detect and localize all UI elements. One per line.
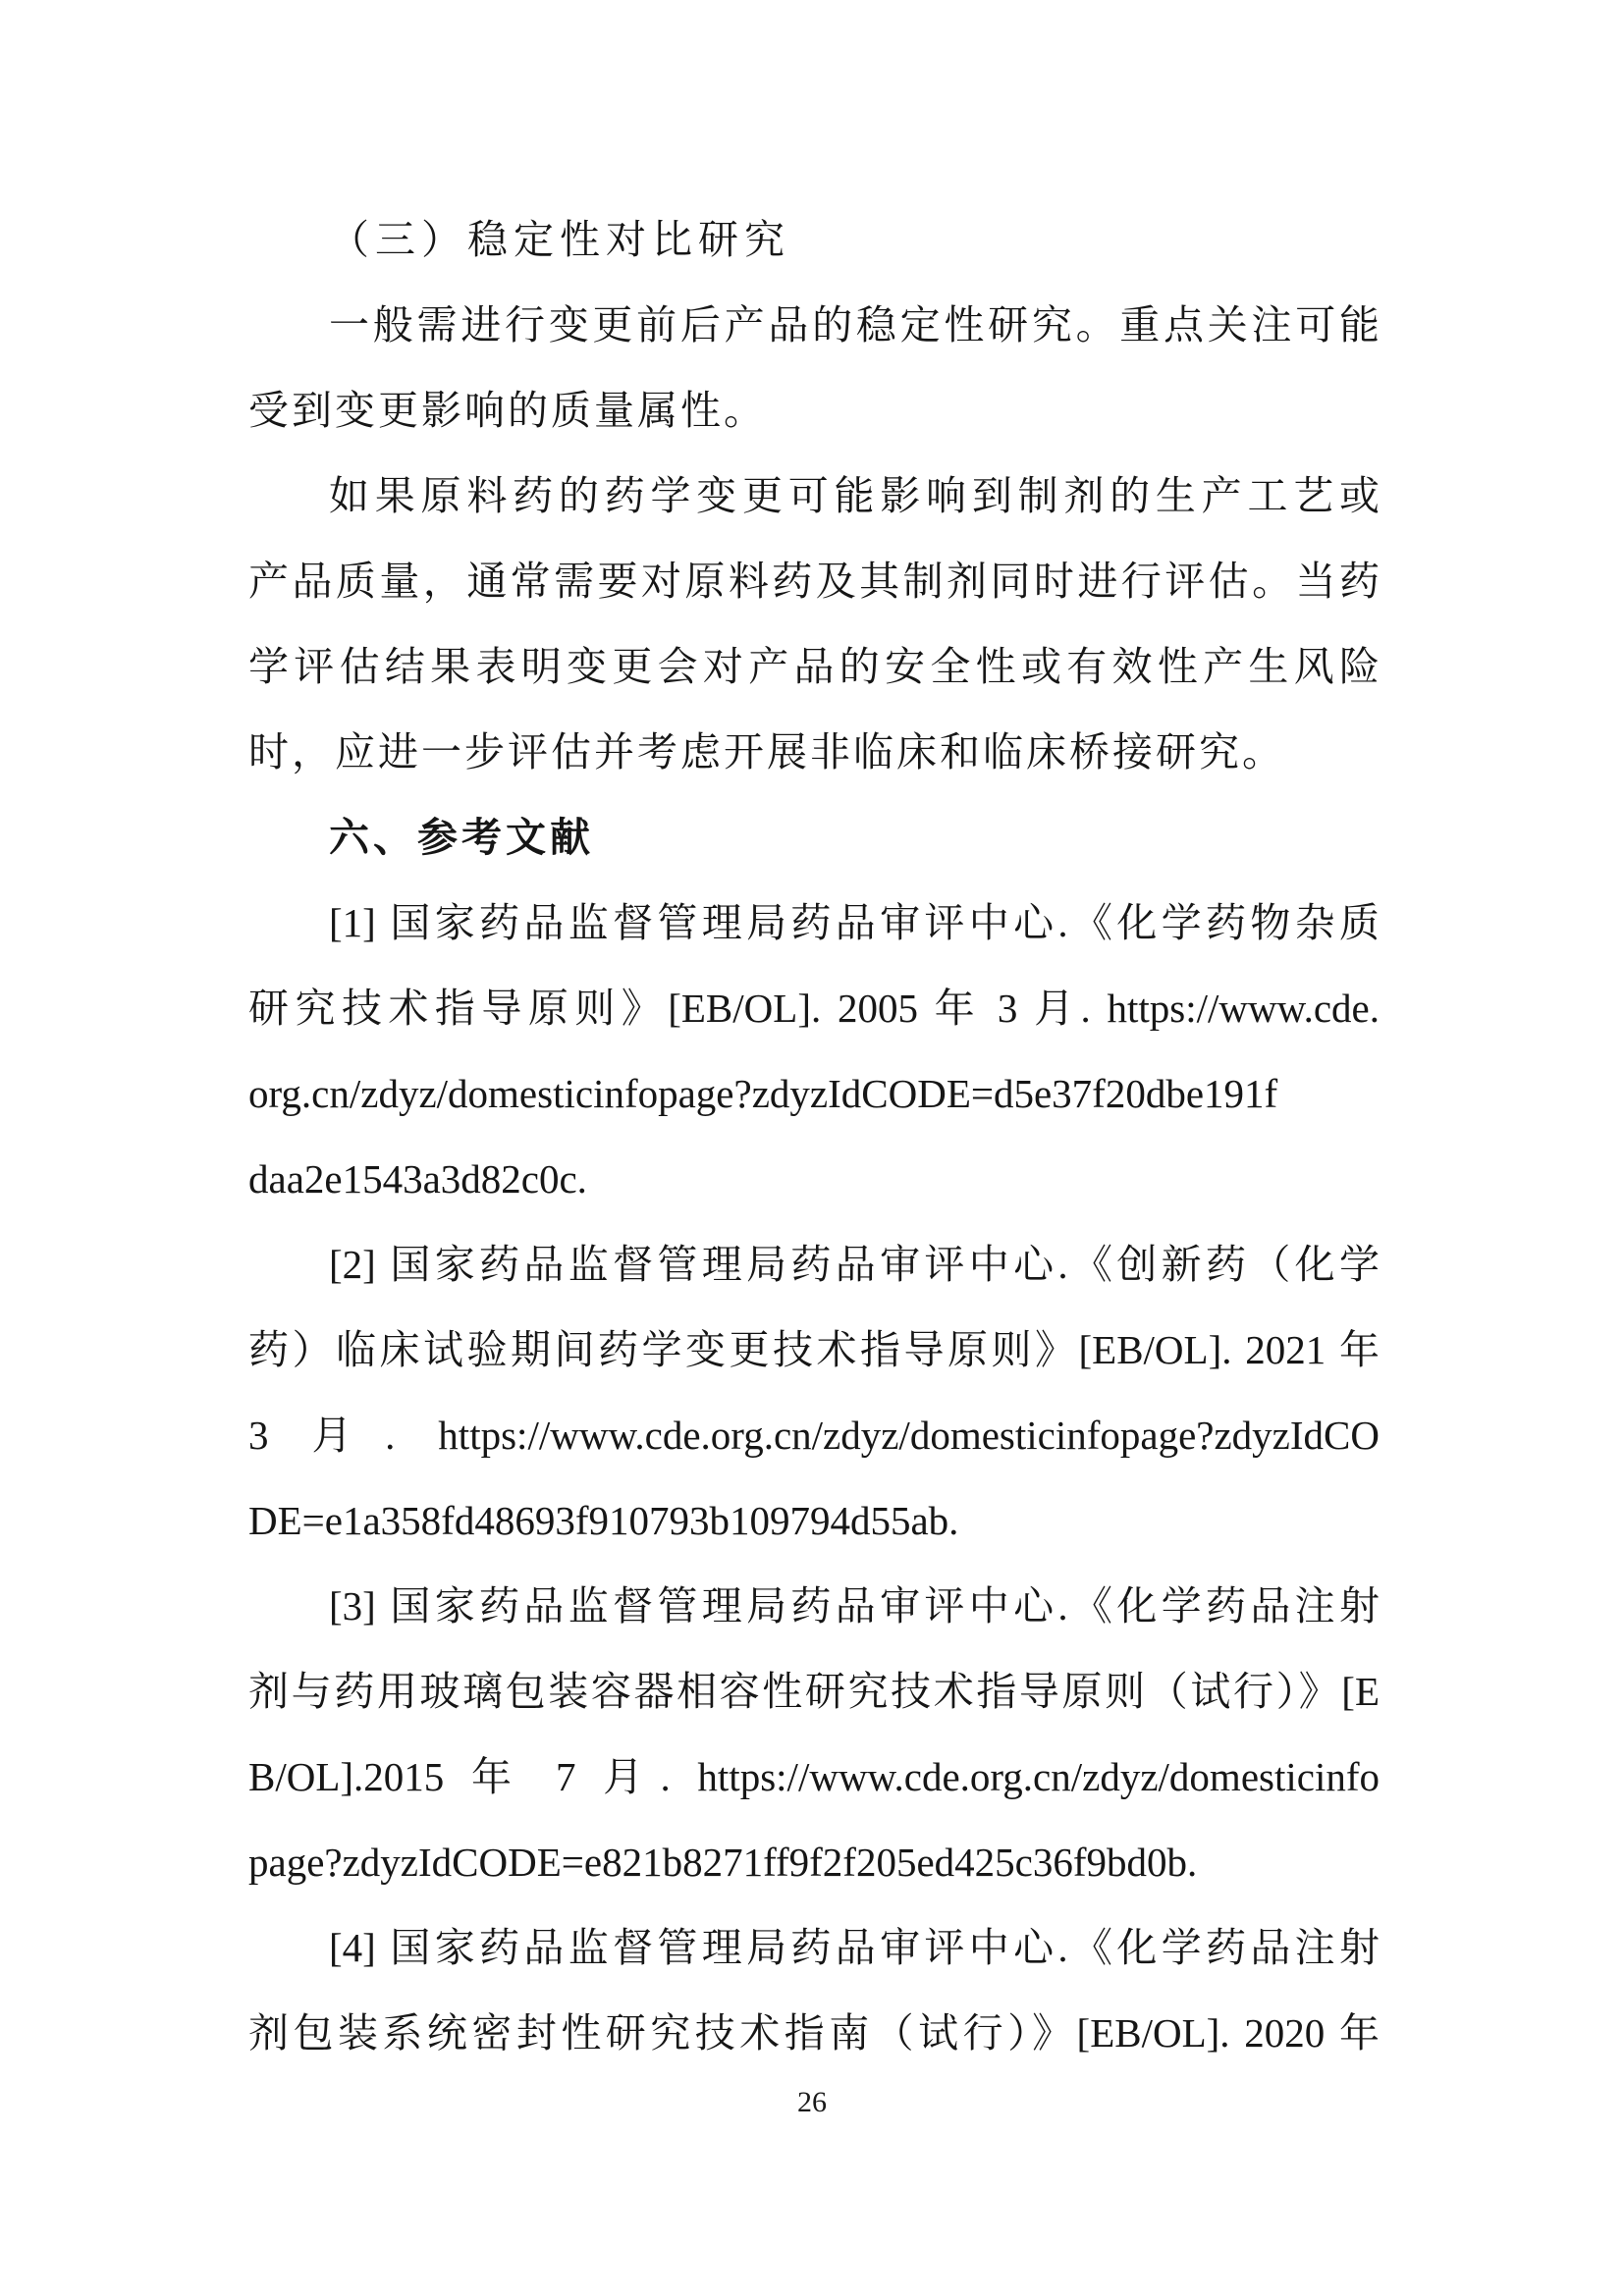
reference-line: [2] 国家药品监督管理局药品审评中心.《创新药（化学 xyxy=(248,1222,1380,1308)
reference-line: 药）临床试验期间药学变更技术指导原则》[EB/OL]. 2021 年 xyxy=(248,1308,1380,1393)
reference-line: page?zdyzIdCODE=e821b8271ff9f2f205ed425c… xyxy=(248,1820,1380,1905)
paragraph-line: 受到变更影响的质量属性。 xyxy=(248,368,1380,454)
paragraph-line: 时，应进一步评估并考虑开展非临床和临床桥接研究。 xyxy=(248,710,1380,795)
reference-line: 剂与药用玻璃包装容器相容性研究技术指导原则（试行）》[E xyxy=(248,1649,1380,1735)
reference-line: [3] 国家药品监督管理局药品审评中心.《化学药品注射 xyxy=(248,1564,1380,1649)
paragraph-line: 一般需进行变更前后产品的稳定性研究。重点关注可能 xyxy=(248,283,1380,368)
paragraph-line: 产品质量，通常需要对原料药及其制剂同时进行评估。当药 xyxy=(248,539,1380,624)
reference-line: 研究技术指导原则》[EB/OL]. 2005 年 3 月. https://ww… xyxy=(248,966,1380,1051)
references-heading: 六、参考文献 xyxy=(248,795,1380,881)
reference-line: daa2e1543a3d82c0c. xyxy=(248,1137,1380,1222)
subsection-heading: （三）稳定性对比研究 xyxy=(248,197,1380,283)
reference-line: 剂包装系统密封性研究技术指南（试行）》[EB/OL]. 2020 年 xyxy=(248,1991,1380,2076)
reference-line: 3 月. https://www.cde.org.cn/zdyz/domesti… xyxy=(248,1393,1380,1478)
reference-line: [4] 国家药品监督管理局药品审评中心.《化学药品注射 xyxy=(248,1905,1380,1991)
page-number: 26 xyxy=(0,2083,1624,2122)
reference-line: B/OL].2015 年 7 月. https://www.cde.org.cn… xyxy=(248,1735,1380,1820)
reference-line: org.cn/zdyz/domesticinfopage?zdyzIdCODE=… xyxy=(248,1051,1380,1137)
text-block: （三）稳定性对比研究 一般需进行变更前后产品的稳定性研究。重点关注可能 受到变更… xyxy=(248,197,1380,2076)
paragraph-line: 如果原料药的药学变更可能影响到制剂的生产工艺或 xyxy=(248,454,1380,539)
reference-line: [1] 国家药品监督管理局药品审评中心.《化学药物杂质 xyxy=(248,881,1380,966)
document-page: （三）稳定性对比研究 一般需进行变更前后产品的稳定性研究。重点关注可能 受到变更… xyxy=(0,0,1624,2296)
reference-line: DE=e1a358fd48693f910793b109794d55ab. xyxy=(248,1478,1380,1564)
paragraph-line: 学评估结果表明变更会对产品的安全性或有效性产生风险 xyxy=(248,624,1380,710)
